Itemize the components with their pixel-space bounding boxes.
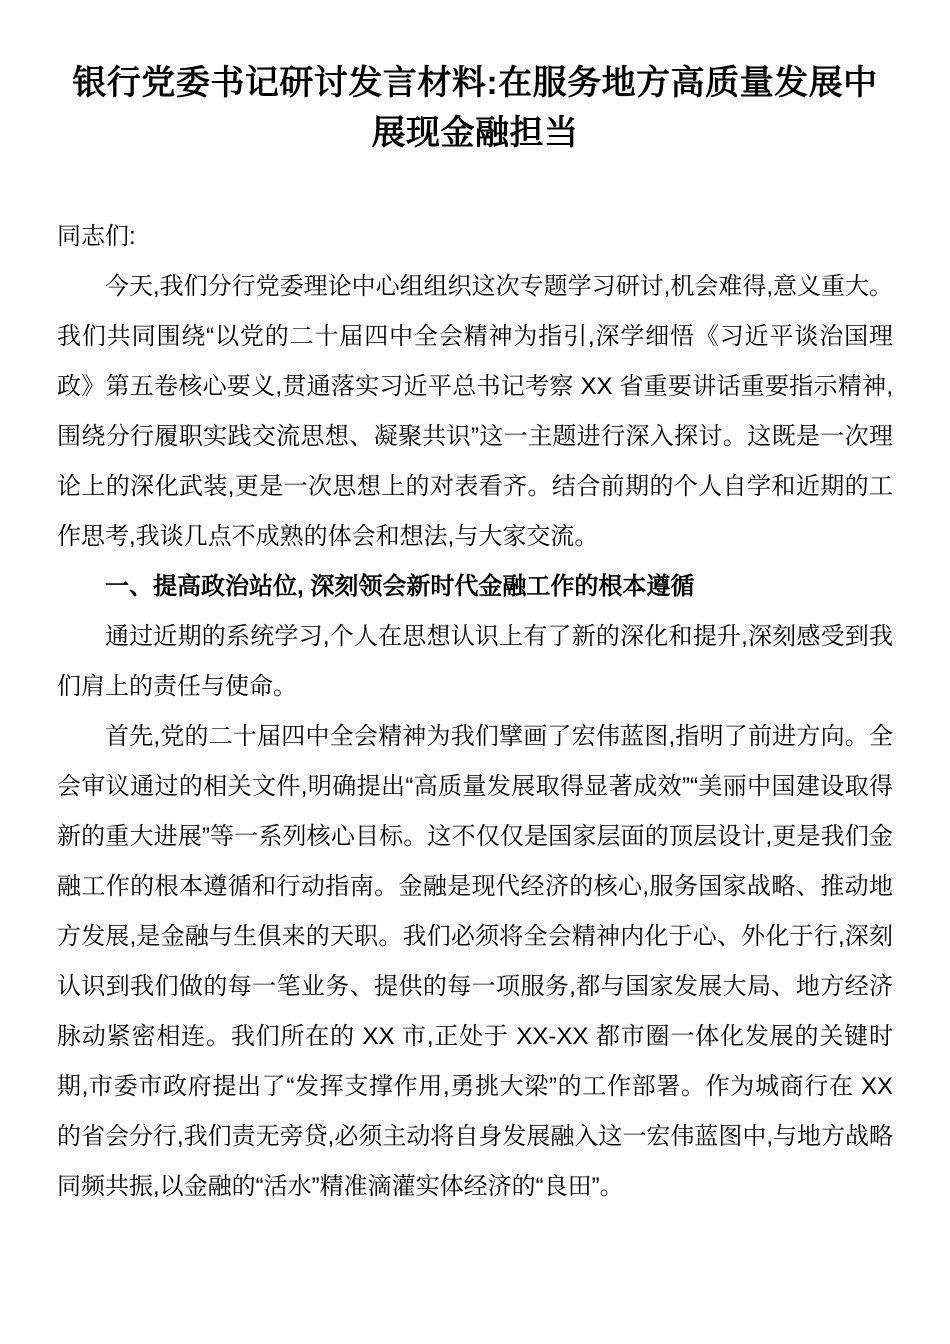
document-title: 银行党委书记研讨发言材料:在服务地方高质量发展中展现金融担当 <box>57 58 893 158</box>
document-body: 今天,我们分行党委理论中心组组织这次专题学习研讨,机会难得,意义重大。我们共同围… <box>57 262 893 1212</box>
paragraph: 今天,我们分行党委理论中心组组织这次专题学习研讨,机会难得,意义重大。我们共同围… <box>57 262 893 562</box>
paragraph: 通过近期的系统学习,个人在思想认识上有了新的深化和提升,深刻感受到我们肩上的责任… <box>57 612 893 712</box>
salutation: 同志们: <box>57 212 893 262</box>
paragraph: 首先,党的二十届四中全会精神为我们擘画了宏伟蓝图,指明了前进方向。全会审议通过的… <box>57 712 893 1212</box>
document-page: 银行党委书记研讨发言材料:在服务地方高质量发展中展现金融担当 同志们: 今天,我… <box>0 0 950 1344</box>
section-heading: 一、提高政治站位, 深刻领会新时代金融工作的根本遵循 <box>57 562 893 612</box>
